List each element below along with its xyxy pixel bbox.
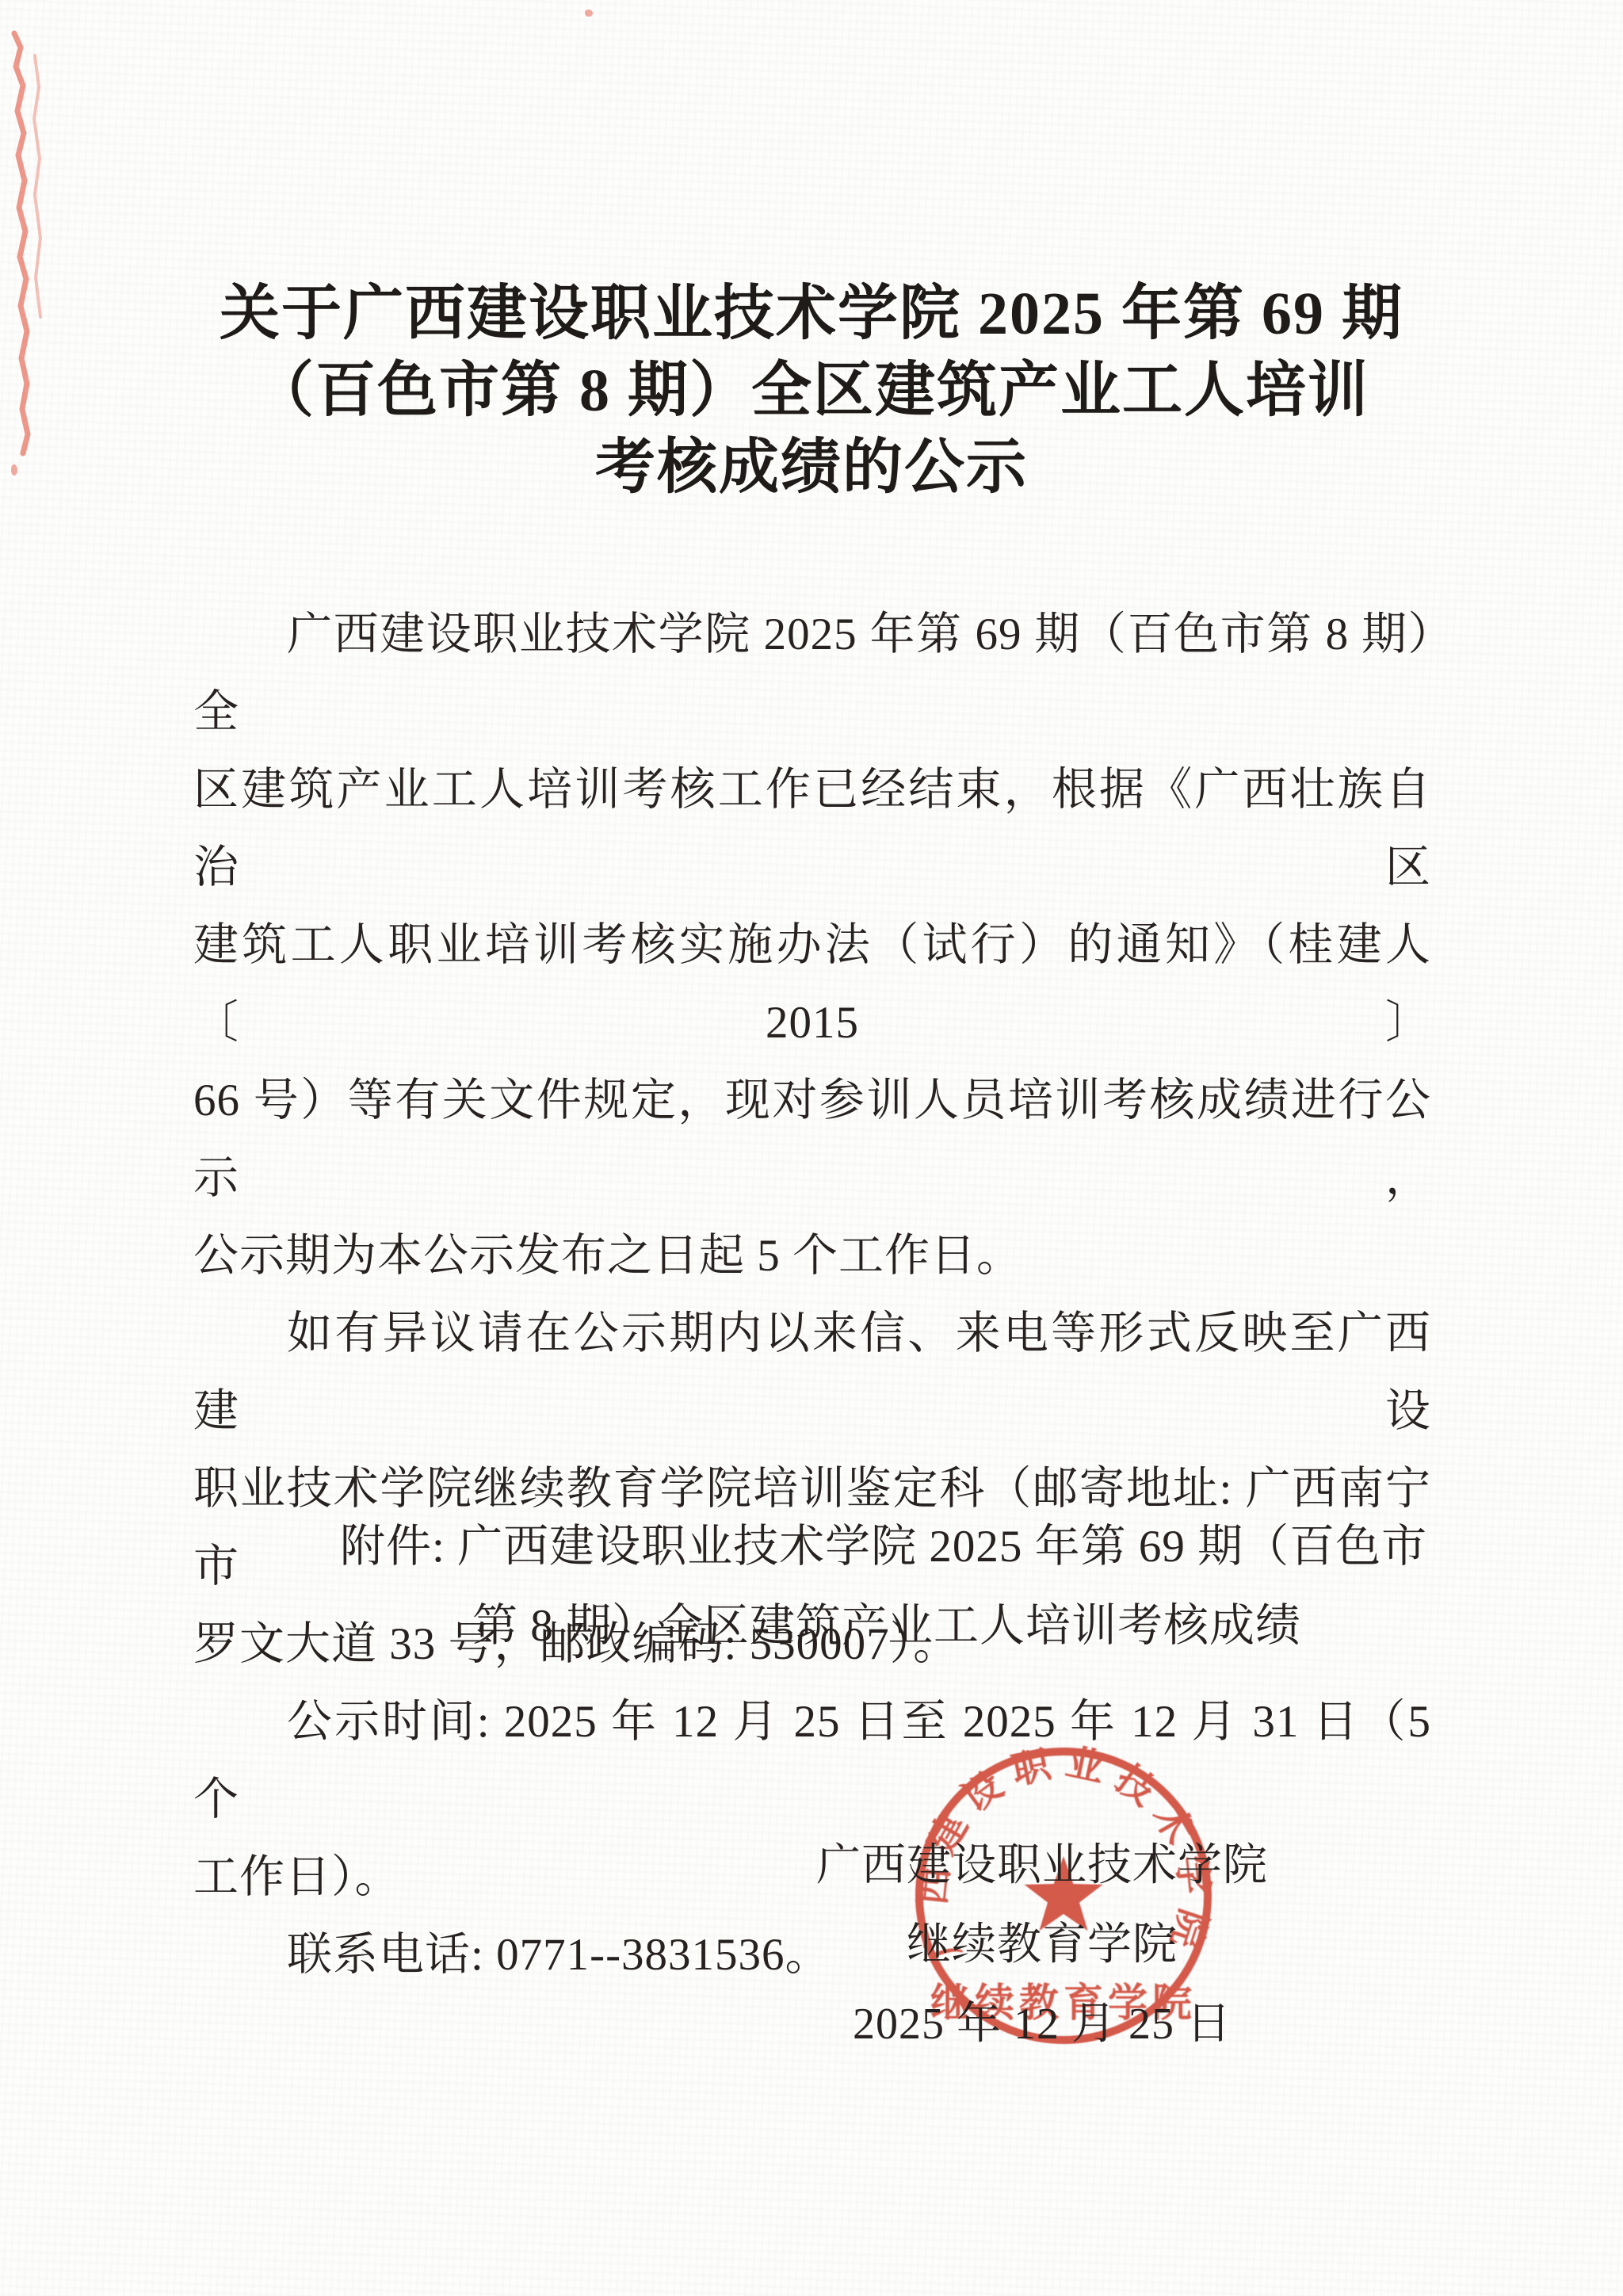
attachment-note: 附件: 广西建设职业技术学院 2025 年第 69 期（百色市 第 8 期）全区… xyxy=(193,1507,1431,1666)
body-line: 如有异议请在公示期内以来信、来电等形式反映至广西建设 xyxy=(193,1295,1431,1450)
signature-block: 广西建设职业技术学院 继续教育学院 2025 年 12 月 25 日 xyxy=(713,1826,1371,2064)
attachment-line-1: 附件: 广西建设职业技术学院 2025 年第 69 期（百色市 xyxy=(193,1507,1431,1587)
notice-body: 广西建设职业技术学院 2025 年第 69 期（百色市第 8 期）全 区建筑产业… xyxy=(193,596,1431,1994)
body-line: 66 号）等有关文件规定，现对参训人员培训考核成绩进行公示， xyxy=(193,1062,1431,1217)
signature-org-line-2: 继续教育学院 xyxy=(713,1905,1371,1985)
signature-org-line-1: 广西建设职业技术学院 xyxy=(713,1826,1371,1905)
notice-title: 关于广西建设职业技术学院 2025 年第 69 期 （百色市第 8 期）全区建筑… xyxy=(98,276,1525,506)
signature-date: 2025 年 12 月 25 日 xyxy=(713,1985,1371,2064)
body-line: 公示时间: 2025 年 12 月 25 日至 2025 年 12 月 31 日… xyxy=(193,1683,1431,1839)
title-line-1: 关于广西建设职业技术学院 2025 年第 69 期 xyxy=(98,276,1525,353)
title-line-2: （百色市第 8 期）全区建筑产业工人培训 xyxy=(98,353,1525,430)
title-line-3: 考核成绩的公示 xyxy=(98,430,1525,506)
body-line: 建筑工人职业培训考核实施办法（试行）的通知》（桂建人〔2015〕 xyxy=(193,907,1431,1062)
scan-artifact-speck xyxy=(585,10,593,17)
document-page: 关于广西建设职业技术学院 2025 年第 69 期 （百色市第 8 期）全区建筑… xyxy=(0,0,1623,2296)
body-line: 广西建设职业技术学院 2025 年第 69 期（百色市第 8 期）全 xyxy=(193,596,1431,751)
scan-artifact-speck xyxy=(11,464,17,476)
body-line: 公示期为本公示发布之日起 5 个工作日。 xyxy=(193,1217,1431,1295)
body-line: 区建筑产业工人培训考核工作已经结束，根据《广西壮族自治区 xyxy=(193,751,1431,907)
scan-artifact-red-marks xyxy=(0,0,55,602)
attachment-line-2: 第 8 期）全区建筑产业工人培训考核成绩 xyxy=(193,1587,1431,1666)
